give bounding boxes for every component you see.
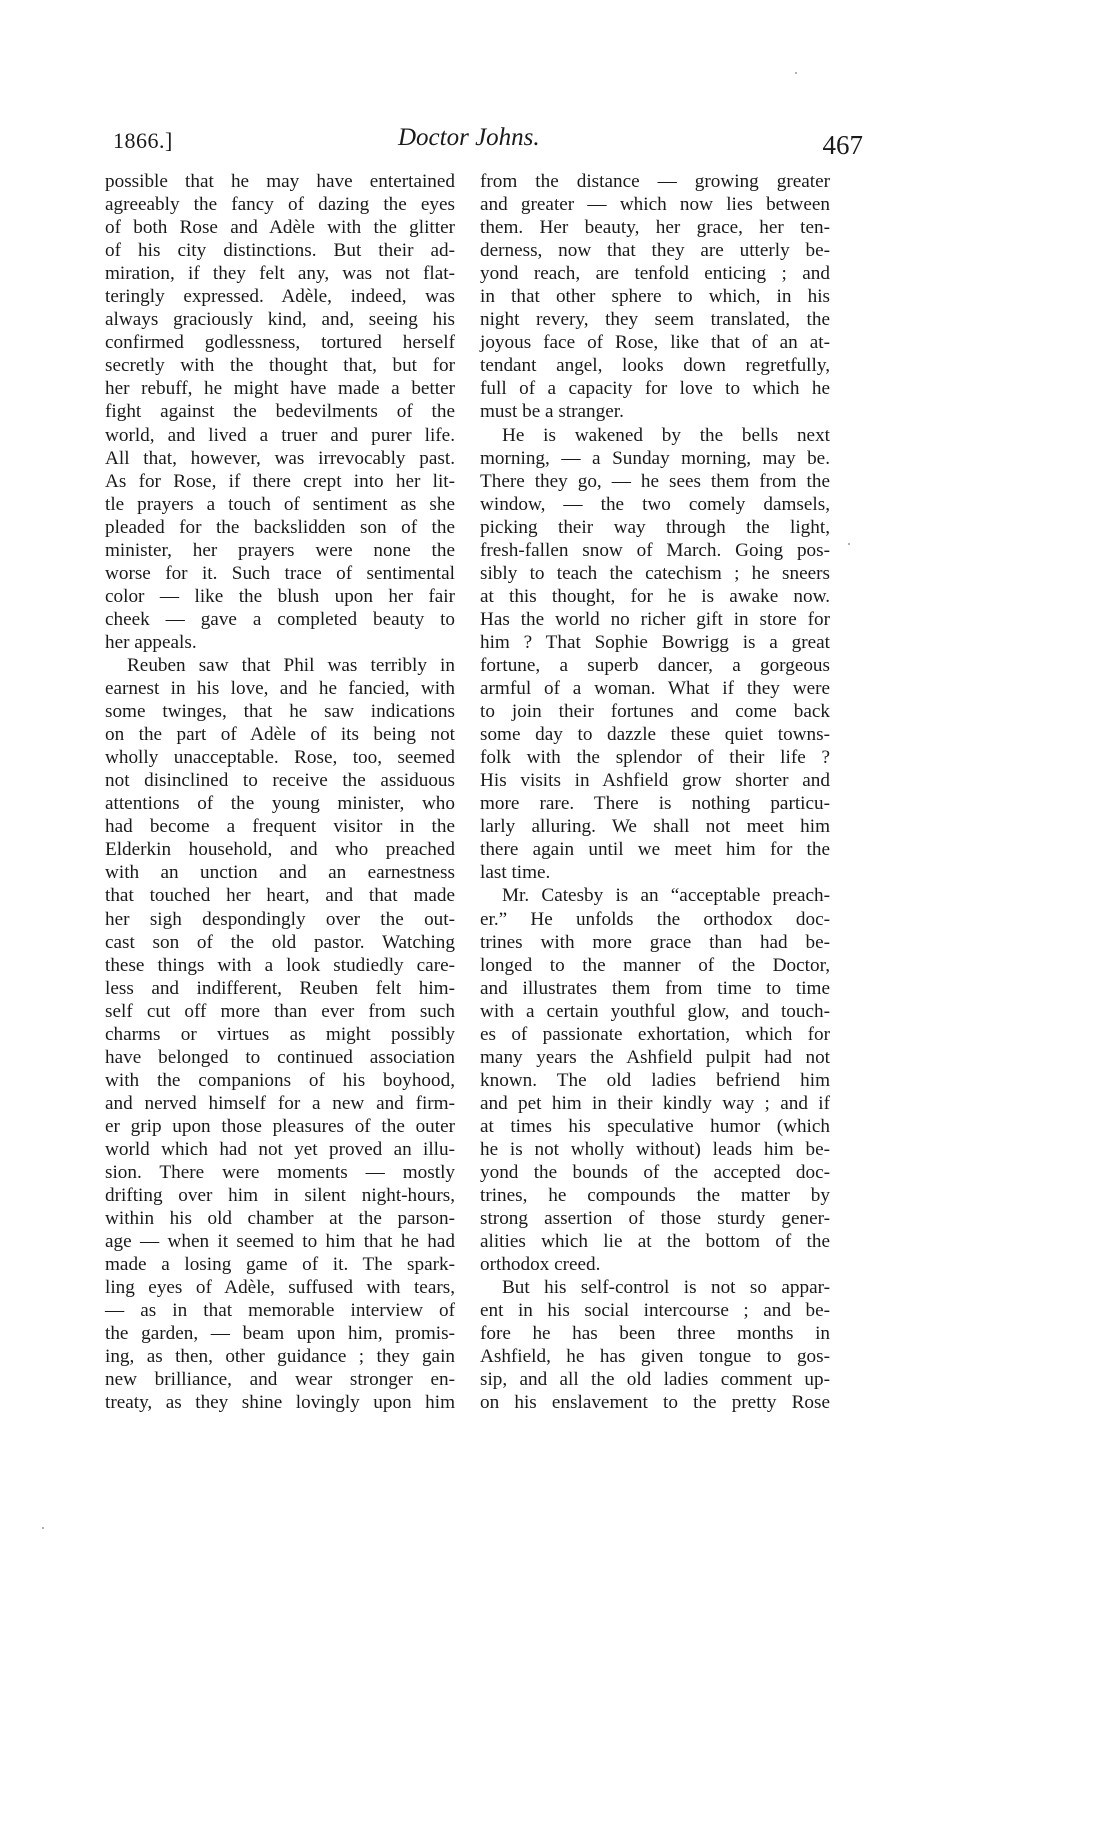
text-line: tendant angel, looks down regretfully, — [480, 354, 830, 377]
text-line: orthodox creed. — [480, 1253, 830, 1276]
text-line: night revery, they seem translated, the — [480, 308, 830, 331]
text-line: drifting over him in silent night-hours, — [105, 1184, 455, 1207]
text-line: world which had not yet proved an illu- — [105, 1138, 455, 1161]
running-head-year: 1866.] — [113, 128, 173, 154]
text-line: possible that he may have entertained — [105, 170, 455, 193]
text-line: ent in his social intercourse ; and be- — [480, 1299, 830, 1322]
text-line: — as in that memorable interview of — [105, 1299, 455, 1322]
text-line: strong assertion of those sturdy gener- — [480, 1207, 830, 1230]
text-line: picking their way through the light, — [480, 516, 830, 539]
scan-speck — [848, 543, 850, 545]
text-line: and nerved himself for a new and firm- — [105, 1092, 455, 1115]
text-line: color — like the blush upon her fair — [105, 585, 455, 608]
text-line: to join their fortunes and come back — [480, 700, 830, 723]
text-line: fresh-fallen snow of March. Going pos- — [480, 539, 830, 562]
text-line: As for Rose, if there crept into her lit… — [105, 470, 455, 493]
scan-speck — [795, 72, 797, 74]
text-line: secretly with the thought that, but for — [105, 354, 455, 377]
scan-speck — [42, 1527, 44, 1529]
text-line: trines with more grace than had be- — [480, 931, 830, 954]
text-line: some twinges, that he saw indications — [105, 700, 455, 723]
text-line: There they go, — he sees them from the — [480, 470, 830, 493]
text-line: treaty, as they shine lovingly upon him — [105, 1391, 455, 1414]
book-page: 1866.] Doctor Johns. 467 possible that h… — [0, 0, 1120, 1837]
text-line: Mr. Catesby is an “acceptable preach- — [480, 884, 830, 907]
text-line: longed to the manner of the Doctor, — [480, 954, 830, 977]
text-line: her sigh despondingly over the out- — [105, 908, 455, 931]
text-line: had become a frequent visitor in the — [105, 815, 455, 838]
text-line: His visits in Ashfield grow shorter and — [480, 769, 830, 792]
text-line: window, — the two comely damsels, — [480, 493, 830, 516]
text-line: minister, her prayers were none the — [105, 539, 455, 562]
text-line: and pet him in their kindly way ; and if — [480, 1092, 830, 1115]
text-line: on his enslavement to the pretty Rose — [480, 1391, 830, 1414]
text-line: wholly unacceptable. Rose, too, seemed — [105, 746, 455, 769]
text-line: pleaded for the backslidden son of the — [105, 516, 455, 539]
text-line: sion. There were moments — mostly — [105, 1161, 455, 1184]
text-line: es of passionate exhortation, which for — [480, 1023, 830, 1046]
text-line: tle prayers a touch of sentiment as she — [105, 493, 455, 516]
text-line: made a losing game of it. The spark- — [105, 1253, 455, 1276]
text-line: fortune, a superb dancer, a gorgeous — [480, 654, 830, 677]
text-line: teringly expressed. Adèle, indeed, was — [105, 285, 455, 308]
text-line: at times his speculative humor (which — [480, 1115, 830, 1138]
text-line: the garden, — beam upon him, promis- — [105, 1322, 455, 1345]
text-line: worse for it. Such trace of sentimental — [105, 562, 455, 585]
text-line: agreeably the fancy of dazing the eyes — [105, 193, 455, 216]
text-line: But his self-control is not so appar- — [480, 1276, 830, 1299]
text-line: confirmed godlessness, tortured herself — [105, 331, 455, 354]
text-line: er grip upon those pleasures of the oute… — [105, 1115, 455, 1138]
text-line: attentions of the young minister, who — [105, 792, 455, 815]
text-line: sip, and all the old ladies comment up- — [480, 1368, 830, 1391]
text-line: and greater — which now lies between — [480, 193, 830, 216]
text-line: many years the Ashfield pulpit had not — [480, 1046, 830, 1069]
text-line: fight against the bedevilments of the — [105, 400, 455, 423]
text-line: that touched her heart, and that made — [105, 884, 455, 907]
text-line: Reuben saw that Phil was terribly in — [105, 654, 455, 677]
text-line: from the distance — growing greater — [480, 170, 830, 193]
text-line: yond reach, are tenfold enticing ; and — [480, 262, 830, 285]
text-line: of his city distinctions. But their ad- — [105, 239, 455, 262]
text-line: on the part of Adèle of its being not — [105, 723, 455, 746]
text-line: with an unction and an earnestness — [105, 861, 455, 884]
text-line: him ? That Sophie Bowrigg is a great — [480, 631, 830, 654]
text-line: age — when it seemed to him that he had — [105, 1230, 455, 1253]
text-line: less and indifferent, Reuben felt him- — [105, 977, 455, 1000]
text-line: at this thought, for he is awake now. — [480, 585, 830, 608]
text-line: trines, he compounds the matter by — [480, 1184, 830, 1207]
text-column-left: possible that he may have entertainedagr… — [105, 170, 455, 1415]
text-line: self cut off more than ever from such — [105, 1000, 455, 1023]
text-line: them. Her beauty, her grace, her ten- — [480, 216, 830, 239]
text-line: earnest in his love, and he fancied, wit… — [105, 677, 455, 700]
text-line: derness, now that they are utterly be- — [480, 239, 830, 262]
text-line: more rare. There is nothing particu- — [480, 792, 830, 815]
text-line: cheek — gave a completed beauty to — [105, 608, 455, 631]
text-line: in that other sphere to which, in his — [480, 285, 830, 308]
text-line: joyous face of Rose, like that of an at- — [480, 331, 830, 354]
text-column-right: from the distance — growing greaterand g… — [480, 170, 830, 1415]
text-line: charms or virtues as might possibly — [105, 1023, 455, 1046]
text-line: he is not wholly without) leads him be- — [480, 1138, 830, 1161]
text-line: miration, if they felt any, was not flat… — [105, 262, 455, 285]
text-line: full of a capacity for love to which he — [480, 377, 830, 400]
text-line: within his old chamber at the parson- — [105, 1207, 455, 1230]
text-line: with the companions of his boyhood, — [105, 1069, 455, 1092]
text-line: alities which lie at the bottom of the — [480, 1230, 830, 1253]
text-line: He is wakened by the bells next — [480, 424, 830, 447]
text-line: armful of a woman. What if they were — [480, 677, 830, 700]
text-line: folk with the splendor of their life ? — [480, 746, 830, 769]
page-number: 467 — [823, 130, 864, 161]
text-line: cast son of the old pastor. Watching — [105, 931, 455, 954]
text-line: larly alluring. We shall not meet him — [480, 815, 830, 838]
text-line: some day to dazzle these quiet towns- — [480, 723, 830, 746]
text-line: with a certain youthful glow, and touch- — [480, 1000, 830, 1023]
text-line: her rebuff, he might have made a better — [105, 377, 455, 400]
text-line: of both Rose and Adèle with the glitter — [105, 216, 455, 239]
text-line: Ashfield, he has given tongue to gos- — [480, 1345, 830, 1368]
text-line: last time. — [480, 861, 830, 884]
text-line: All that, however, was irrevocably past. — [105, 447, 455, 470]
text-line: known. The old ladies befriend him — [480, 1069, 830, 1092]
text-line: world, and lived a truer and purer life. — [105, 424, 455, 447]
text-line: Elderkin household, and who preached — [105, 838, 455, 861]
text-line: fore he has been three months in — [480, 1322, 830, 1345]
text-line: er.” He unfolds the orthodox doc- — [480, 908, 830, 931]
running-head-title: Doctor Johns. — [398, 124, 540, 152]
text-line: yond the bounds of the accepted doc- — [480, 1161, 830, 1184]
text-line: and illustrates them from time to time — [480, 977, 830, 1000]
text-line: her appeals. — [105, 631, 455, 654]
text-line: ing, as then, other guidance ; they gain — [105, 1345, 455, 1368]
text-line: ling eyes of Adèle, suffused with tears, — [105, 1276, 455, 1299]
text-line: have belonged to continued association — [105, 1046, 455, 1069]
text-line: always graciously kind, and, seeing his — [105, 308, 455, 331]
running-head: 1866.] Doctor Johns. 467 — [113, 118, 848, 154]
text-line: morning, — a Sunday morning, may be. — [480, 447, 830, 470]
text-line: sibly to teach the catechism ; he sneers — [480, 562, 830, 585]
text-line: there again until we meet him for the — [480, 838, 830, 861]
text-line: new brilliance, and wear stronger en- — [105, 1368, 455, 1391]
text-line: Has the world no richer gift in store fo… — [480, 608, 830, 631]
text-line: these things with a look studiedly care- — [105, 954, 455, 977]
text-line: must be a stranger. — [480, 400, 830, 423]
text-line: not disinclined to receive the assiduous — [105, 769, 455, 792]
